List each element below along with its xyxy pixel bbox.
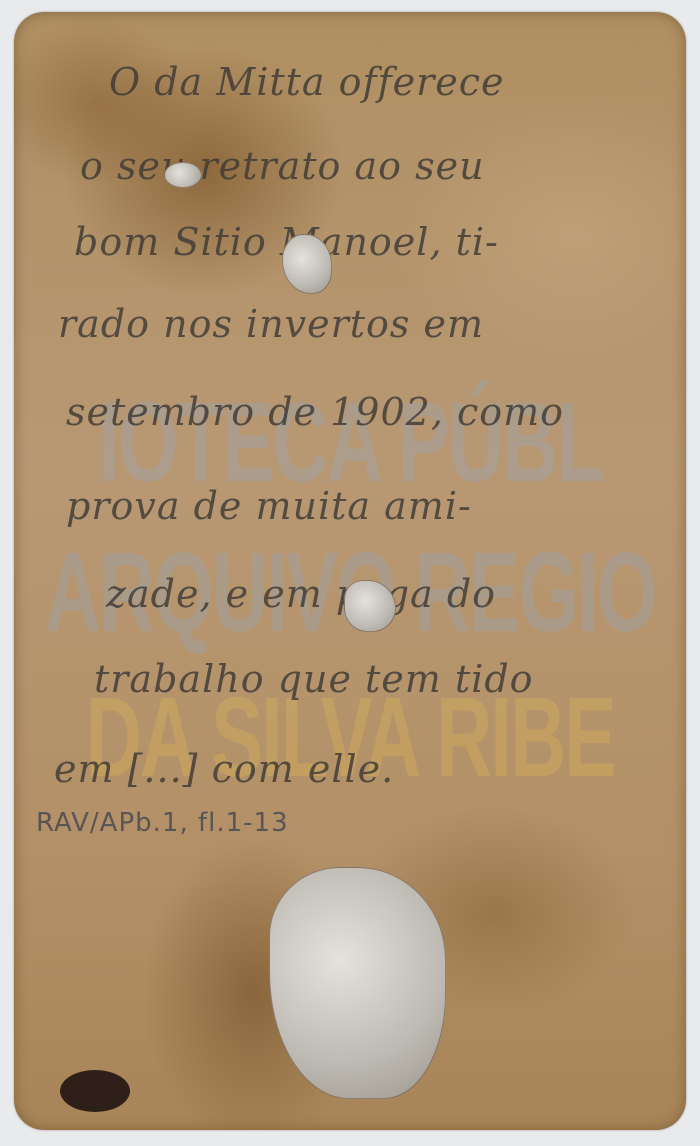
handwriting-line-4: rado nos invertos em — [14, 302, 686, 346]
handwriting-line-3: bom Sitio Manoel, ti- — [14, 220, 686, 264]
ink-blot — [60, 1070, 130, 1112]
paper-loss-top — [282, 234, 332, 294]
handwriting-line-5: setembro de 1902, como — [14, 390, 686, 434]
handwriting-line-9: em [...] com elle. — [14, 747, 686, 791]
handwriting-line-8: trabalho que tem tido — [14, 657, 686, 701]
paper-loss-bottom — [269, 867, 446, 1099]
handwriting-line-2: o seu retrato ao seu — [14, 144, 686, 188]
handwriting-line-6: prova de muita ami- — [14, 484, 686, 528]
catalog-reference: RAV/APb.1, fl.1-13 — [36, 808, 289, 838]
photo-card-verso: IOTECA PÚBL ARQUIVO REGIO DA SILVA RIBE … — [14, 12, 686, 1130]
handwriting-line-1: O da Mitta offerece — [14, 60, 686, 104]
paper-loss-small — [164, 162, 202, 188]
